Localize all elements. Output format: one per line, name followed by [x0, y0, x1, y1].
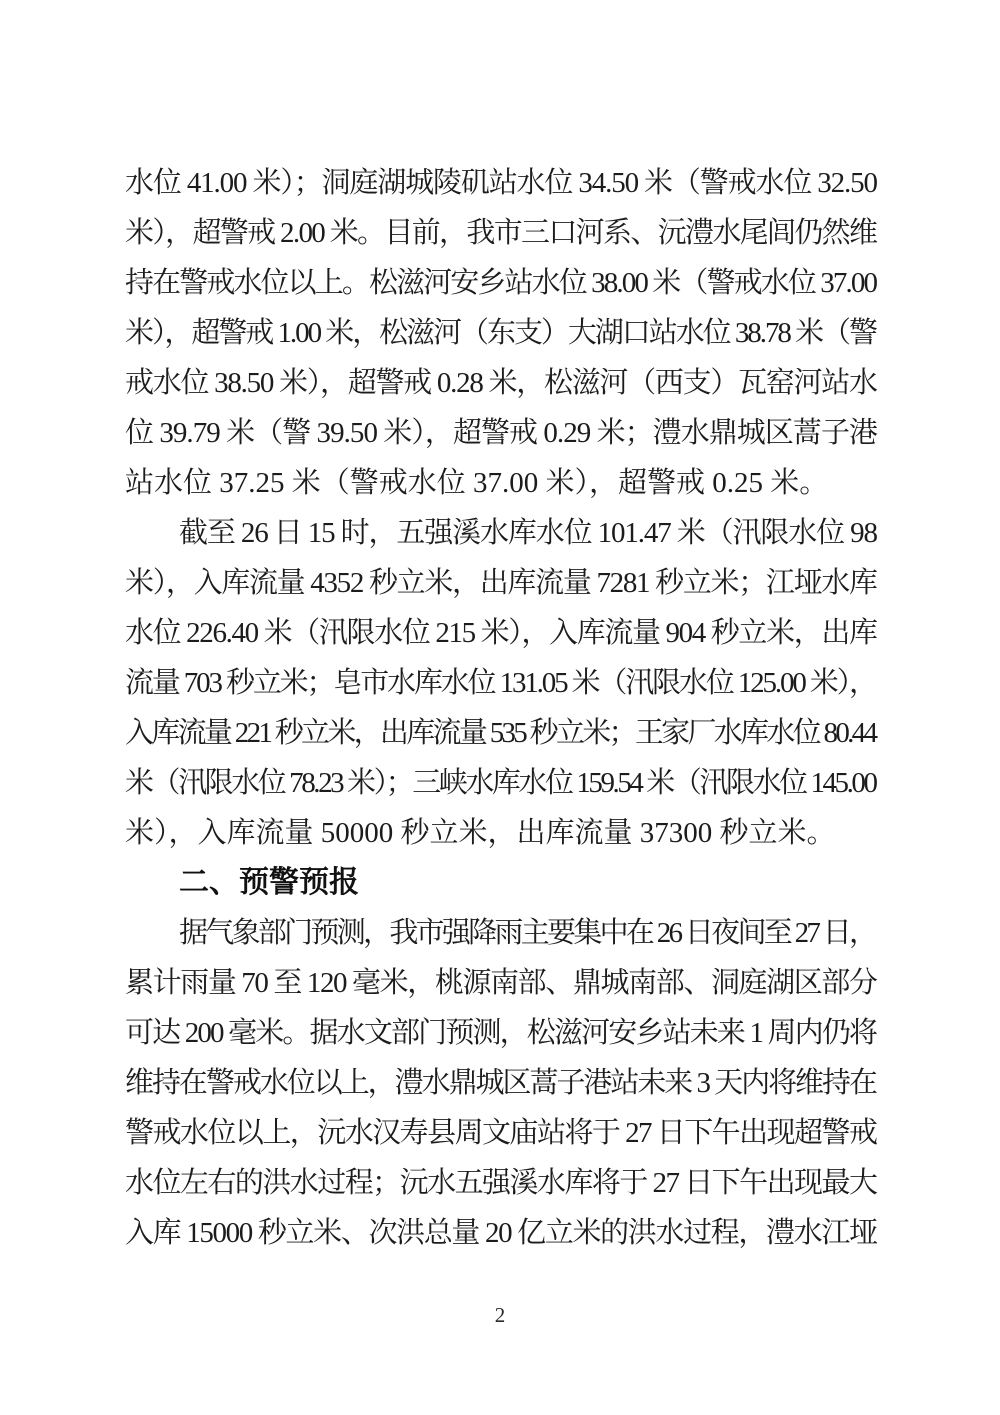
body-line: 据气象部门预测，我市强降雨主要集中在 26 日夜间至 27 日，	[125, 908, 878, 958]
body-line: 水位 41.00 米）；洞庭湖城陵矶站水位 34.50 米（警戒水位 32.50	[125, 158, 878, 208]
body-line-text: 米（汛限水位 78.23 米）；三峡水库水位 159.54 米（汛限水位 145…	[125, 767, 876, 799]
body-line-text: 流量 703 秒立米；皂市水库水位 131.05 米（汛限水位 125.00 米…	[125, 667, 876, 699]
body-line: 可达 200 毫米。据水文部门预测，松滋河安乡站未来 1 周内仍将	[125, 1008, 878, 1058]
body-line: 米），超警戒 1.00 米，松滋河（东支）大湖口站水位 38.78 米（警	[125, 308, 878, 358]
body-line-text: 米），入库流量 50000 秒立米，出库流量 37300 秒立米。	[125, 817, 836, 849]
body-line-text: 累计雨量 70 至 120 毫米，桃源南部、鼎城南部、洞庭湖区部分	[125, 967, 877, 999]
body-line: 米），超警戒 2.00 米。目前，我市三口河系、沅澧水尾闾仍然维	[125, 208, 878, 258]
body-line-text: 米），入库流量 4352 秒立米，出库流量 7281 秒立米；江垭水库	[125, 567, 877, 599]
body-line: 入库 15000 秒立米、次洪总量 20 亿立米的洪水过程，澧水江垭	[125, 1208, 878, 1258]
body-line-text: 站水位 37.25 米（警戒水位 37.00 米），超警戒 0.25 米。	[125, 467, 828, 499]
document-body: 水位 41.00 米）；洞庭湖城陵矶站水位 34.50 米（警戒水位 32.50…	[125, 158, 878, 1258]
body-line-text: 截至 26 日 15 时，五强溪水库水位 101.47 米（汛限水位 98	[179, 517, 877, 549]
body-line: 米），入库流量 50000 秒立米，出库流量 37300 秒立米。	[125, 808, 878, 858]
body-line: 戒水位 38.50 米），超警戒 0.28 米，松滋河（西支）瓦窑河站水	[125, 358, 878, 408]
body-line-text: 米），超警戒 2.00 米。目前，我市三口河系、沅澧水尾闾仍然维	[125, 217, 876, 249]
body-line-text: 入库 15000 秒立米、次洪总量 20 亿立米的洪水过程，澧水江垭	[125, 1217, 877, 1249]
body-line-text: 水位 226.40 米（汛限水位 215 米），入库流量 904 秒立米，出库	[125, 617, 877, 649]
document-page: 水位 41.00 米）；洞庭湖城陵矶站水位 34.50 米（警戒水位 32.50…	[0, 0, 1000, 1415]
body-line-text: 水位左右的洪水过程；沅水五强溪水库将于 27 日下午出现最大	[125, 1167, 876, 1199]
body-line: 维持在警戒水位以上，澧水鼎城区蒿子港站未来 3 天内将维持在	[125, 1058, 878, 1108]
body-line: 站水位 37.25 米（警戒水位 37.00 米），超警戒 0.25 米。	[125, 458, 878, 508]
page-number: 2	[0, 1303, 1000, 1328]
body-line-text: 位 39.79 米（警 39.50 米），超警戒 0.29 米；澧水鼎城区蒿子港	[125, 417, 877, 449]
body-line: 入库流量 221 秒立米，出库流量 535 秒立米；王家厂水库水位 80.44	[125, 708, 878, 758]
body-line: 警戒水位以上，沅水汉寿县周文庙站将于 27 日下午出现超警戒	[125, 1108, 878, 1158]
body-line: 位 39.79 米（警 39.50 米），超警戒 0.29 米；澧水鼎城区蒿子港	[125, 408, 878, 458]
body-line-text: 米），超警戒 1.00 米，松滋河（东支）大湖口站水位 38.78 米（警	[125, 317, 876, 349]
body-line: 水位左右的洪水过程；沅水五强溪水库将于 27 日下午出现最大	[125, 1158, 878, 1208]
body-line-text: 持在警戒水位以上。松滋河安乡站水位 38.00 米（警戒水位 37.00	[125, 267, 876, 299]
body-line-text: 戒水位 38.50 米），超警戒 0.28 米，松滋河（西支）瓦窑河站水	[125, 367, 877, 399]
section-heading-text: 二、预警预报	[179, 866, 359, 899]
body-line-text: 警戒水位以上，沅水汉寿县周文庙站将于 27 日下午出现超警戒	[125, 1117, 876, 1149]
body-line: 持在警戒水位以上。松滋河安乡站水位 38.00 米（警戒水位 37.00	[125, 258, 878, 308]
body-line-text: 维持在警戒水位以上，澧水鼎城区蒿子港站未来 3 天内将维持在	[125, 1067, 876, 1099]
body-line: 米（汛限水位 78.23 米）；三峡水库水位 159.54 米（汛限水位 145…	[125, 758, 878, 808]
body-line: 流量 703 秒立米；皂市水库水位 131.05 米（汛限水位 125.00 米…	[125, 658, 878, 708]
section-heading: 二、预警预报	[125, 858, 878, 908]
body-line-text: 据气象部门预测，我市强降雨主要集中在 26 日夜间至 27 日，	[179, 917, 875, 949]
body-line-text: 入库流量 221 秒立米，出库流量 535 秒立米；王家厂水库水位 80.44	[125, 717, 875, 749]
body-line: 累计雨量 70 至 120 毫米，桃源南部、鼎城南部、洞庭湖区部分	[125, 958, 878, 1008]
body-line: 截至 26 日 15 时，五强溪水库水位 101.47 米（汛限水位 98	[125, 508, 878, 558]
body-line-text: 水位 41.00 米）；洞庭湖城陵矶站水位 34.50 米（警戒水位 32.50	[125, 167, 877, 199]
body-line: 米），入库流量 4352 秒立米，出库流量 7281 秒立米；江垭水库	[125, 558, 878, 608]
body-line-text: 可达 200 毫米。据水文部门预测，松滋河安乡站未来 1 周内仍将	[125, 1017, 876, 1049]
body-line: 水位 226.40 米（汛限水位 215 米），入库流量 904 秒立米，出库	[125, 608, 878, 658]
